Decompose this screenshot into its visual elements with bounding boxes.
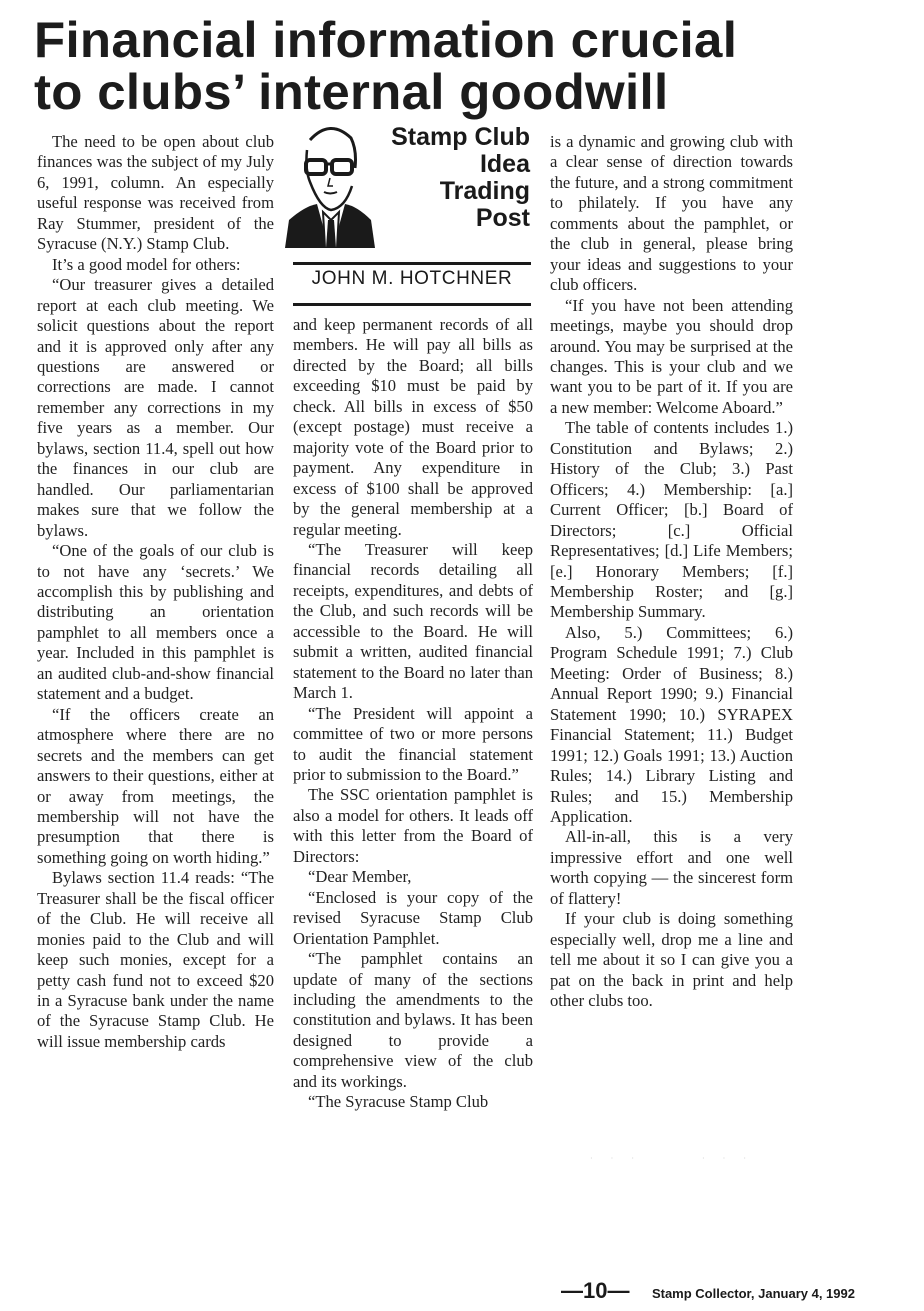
paragraph: The SSC orientation pamphlet is also a m… <box>293 785 533 867</box>
paragraph: “If the officers create an atmosphere wh… <box>37 705 274 869</box>
paragraph: “The Syracuse Stamp Club <box>293 1092 533 1112</box>
scan-specks: · · · · · · <box>590 1154 754 1163</box>
column-title: Stamp Club Idea Trading Post <box>391 124 530 232</box>
paragraph: “One of the goals of our club is to not … <box>37 541 274 705</box>
paragraph: It’s a good model for others: <box>37 255 274 275</box>
paragraph: The need to be open about club finances … <box>37 132 274 255</box>
article-column-1: The need to be open about club finances … <box>37 132 274 1052</box>
paragraph: and keep permanent records of all member… <box>293 315 533 540</box>
author-byline: JOHN M. HOTCHNER <box>293 268 531 290</box>
publication-info: Stamp Collector, January 4, 1992 <box>652 1286 855 1301</box>
author-portrait-icon <box>285 120 375 248</box>
paragraph: The table of contents includes 1.) Const… <box>550 418 793 623</box>
paragraph: Also, 5.) Committees; 6.) Program Schedu… <box>550 623 793 828</box>
paragraph: If your club is doing something especial… <box>550 909 793 1011</box>
headline-line-2: to clubs’ internal goodwill <box>34 66 911 118</box>
paragraph: All-in-all, this is a very impressive ef… <box>550 827 793 909</box>
paragraph: “If you have not been attending meetings… <box>550 296 793 419</box>
paragraph: “The Treasurer will keep financial recor… <box>293 540 533 704</box>
paragraph: “The pamphlet contains an update of many… <box>293 949 533 1092</box>
paragraph: is a dynamic and growing club with a cle… <box>550 132 793 296</box>
divider <box>293 262 531 265</box>
divider <box>293 303 531 306</box>
paragraph: “Dear Member, <box>293 867 533 887</box>
paragraph: “Enclosed is your copy of the revised Sy… <box>293 888 533 949</box>
headline: Financial information crucial to clubs’ … <box>34 14 911 118</box>
paragraph: “The President will appoint a committee … <box>293 704 533 786</box>
page-number: —10— <box>561 1278 629 1303</box>
paragraph: Bylaws section 11.4 reads: “The Treasure… <box>37 868 274 1052</box>
page-footer: —10— Stamp Collector, January 4, 1992 <box>561 1278 855 1304</box>
article-column-3: is a dynamic and growing club with a cle… <box>550 132 793 1011</box>
article-column-2: and keep permanent records of all member… <box>293 315 533 1113</box>
column-logo: Stamp Club Idea Trading Post JOHN M. HOT… <box>285 120 533 306</box>
headline-line-1: Financial information crucial <box>34 14 911 66</box>
paragraph: “Our treasurer gives a detailed report a… <box>37 275 274 541</box>
